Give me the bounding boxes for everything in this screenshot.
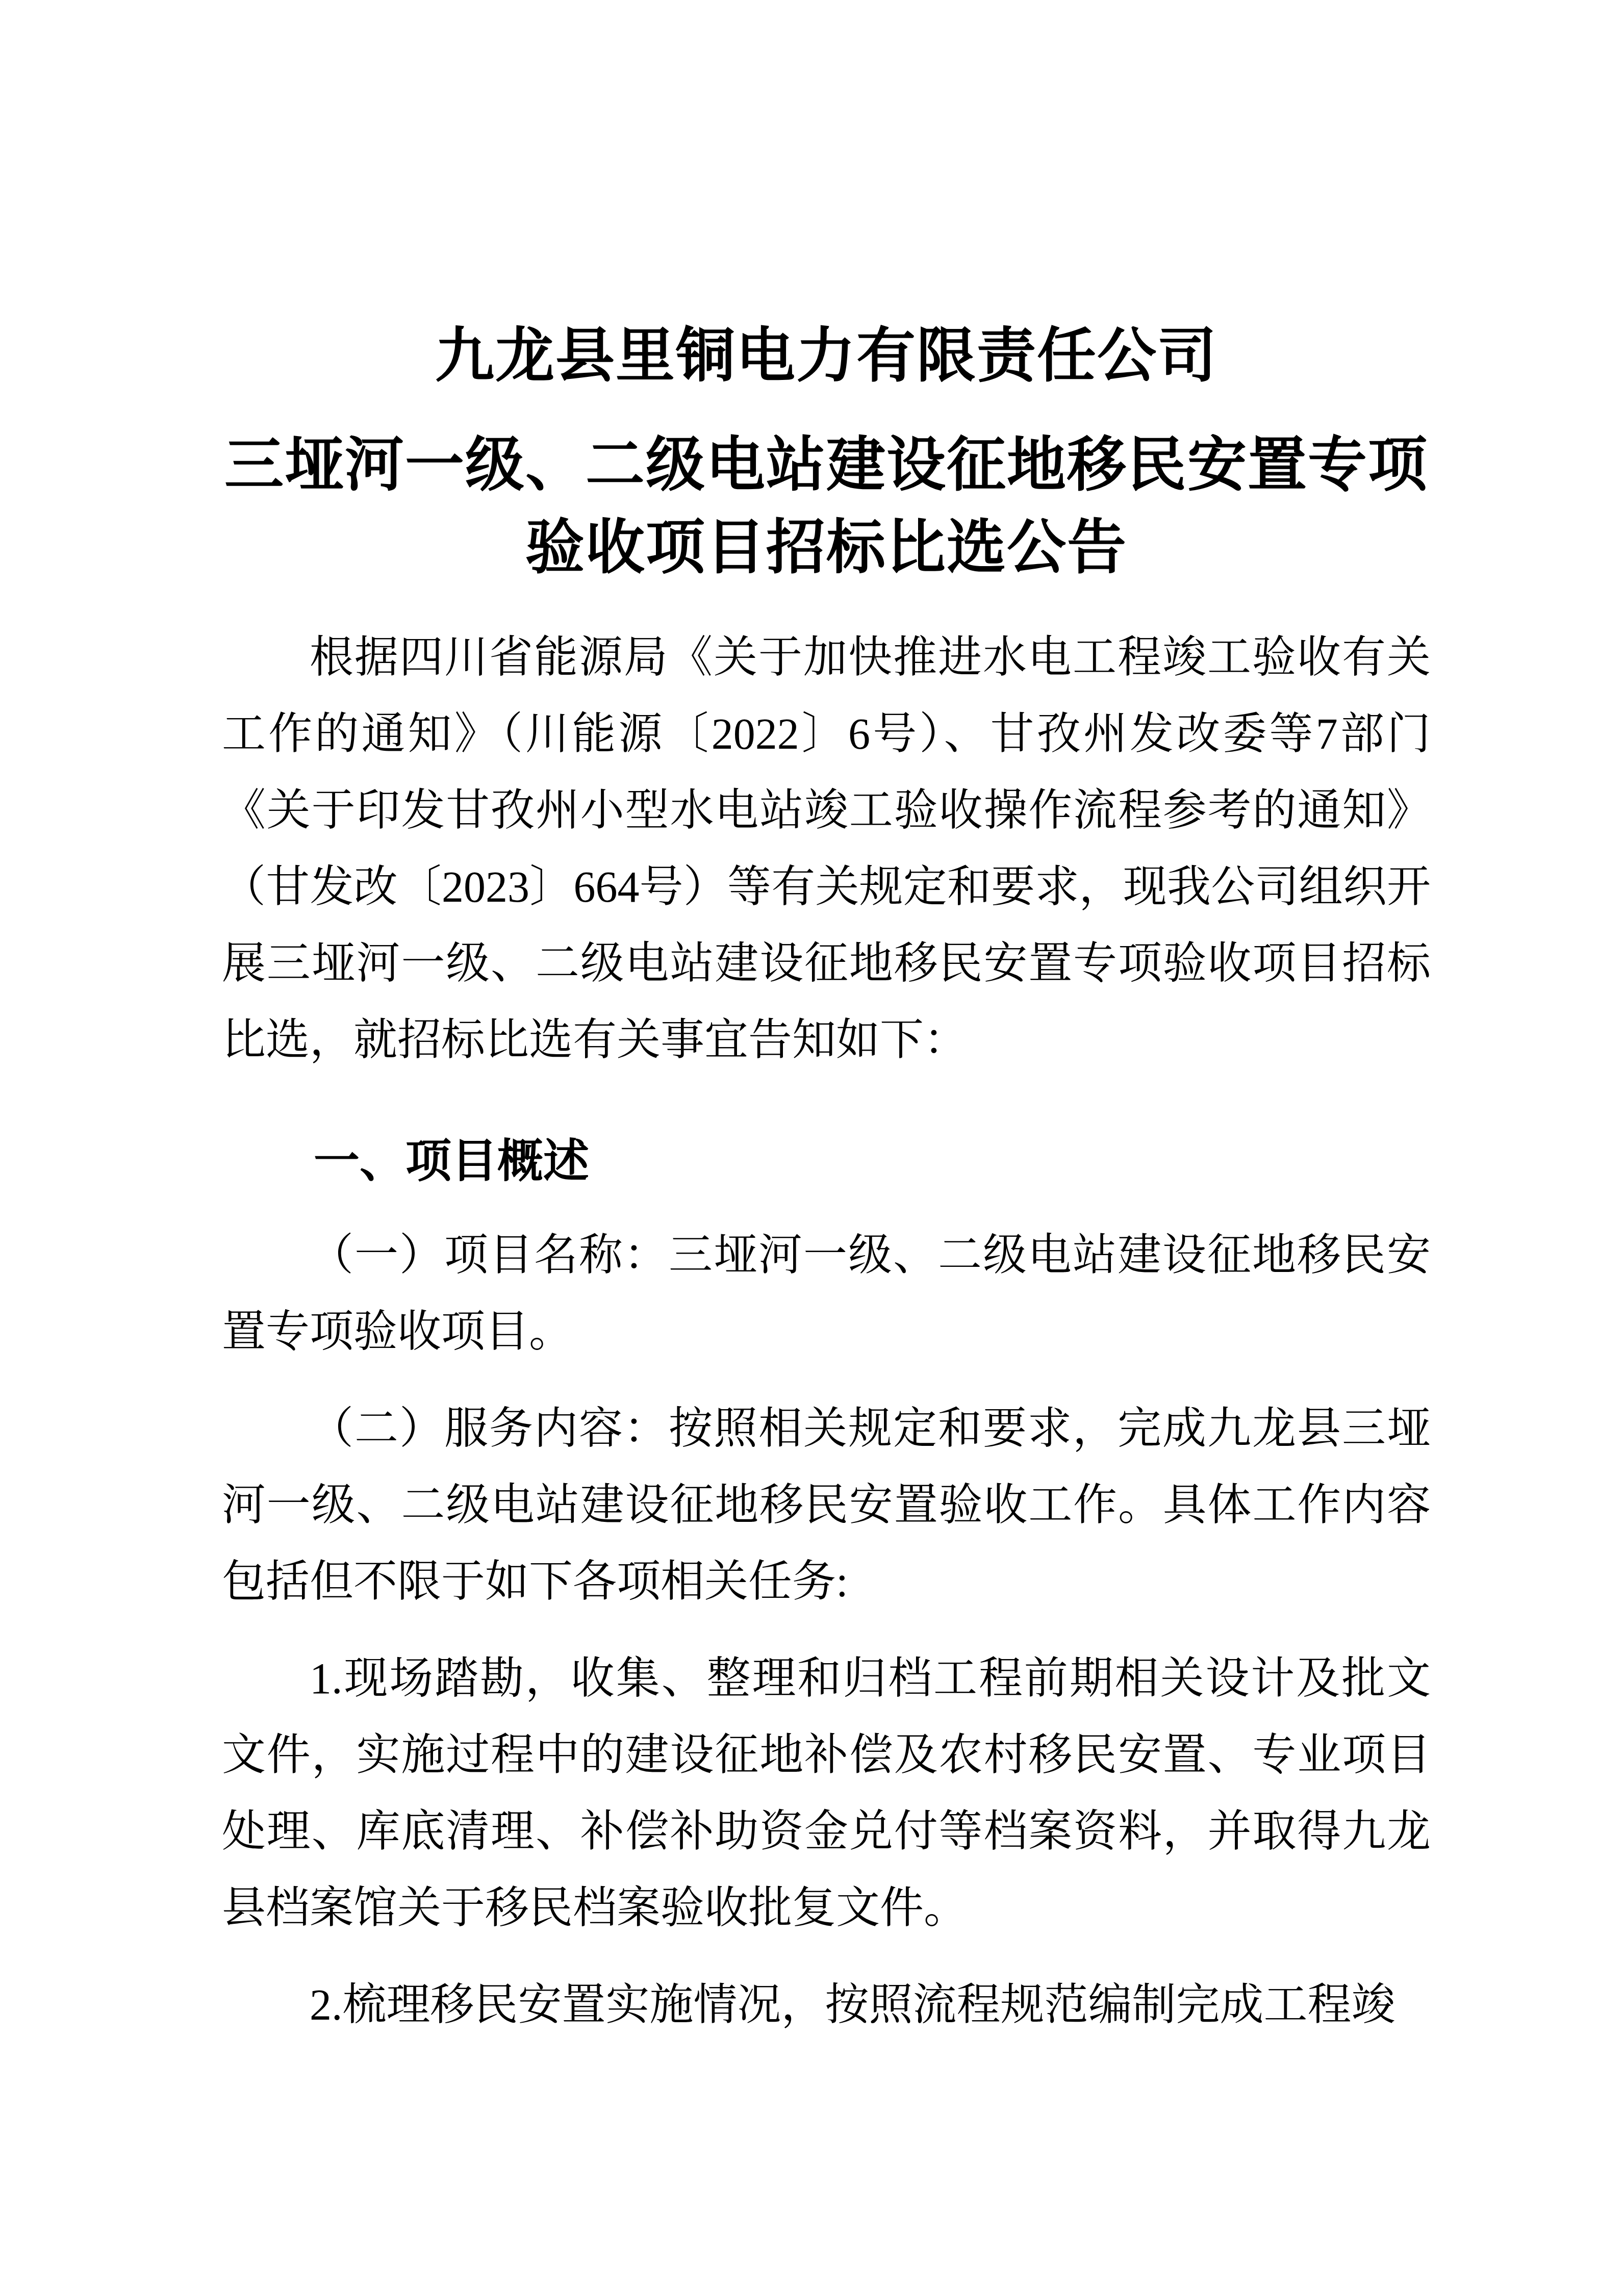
section-heading-overview: 一、项目概述 bbox=[222, 1123, 1431, 1200]
announcement-title-line-1: 三垭河一级、二级电站建设征地移民安置专项 bbox=[222, 423, 1431, 506]
document-body: 根据四川省能源局《关于加快推进水电工程竣工验收有关工作的通知》（川能源〔2022… bbox=[222, 619, 1431, 2043]
task-paragraph-2: 2.梳理移民安置实施情况，按照流程规范编制完成工程竣 bbox=[222, 1967, 1431, 2043]
company-title: 九龙县里铜电力有限责任公司 bbox=[222, 312, 1431, 399]
announcement-title-line-2: 验收项目招标比选公告 bbox=[222, 506, 1431, 589]
intro-paragraph: 根据四川省能源局《关于加快推进水电工程竣工验收有关工作的通知》（川能源〔2022… bbox=[222, 619, 1431, 1078]
announcement-title: 三垭河一级、二级电站建设征地移民安置专项 验收项目招标比选公告 bbox=[222, 423, 1431, 589]
service-content-paragraph: （二）服务内容：按照相关规定和要求，完成九龙县三垭河一级、二级电站建设征地移民安… bbox=[222, 1390, 1431, 1620]
project-name-paragraph: （一）项目名称：三垭河一级、二级电站建设征地移民安置专项验收项目。 bbox=[222, 1217, 1431, 1370]
task-paragraph-1: 1.现场踏勘，收集、整理和归档工程前期相关设计及批文文件，实施过程中的建设征地补… bbox=[222, 1640, 1431, 1946]
document-page: 九龙县里铜电力有限责任公司 三垭河一级、二级电站建设征地移民安置专项 验收项目招… bbox=[0, 0, 1624, 2293]
